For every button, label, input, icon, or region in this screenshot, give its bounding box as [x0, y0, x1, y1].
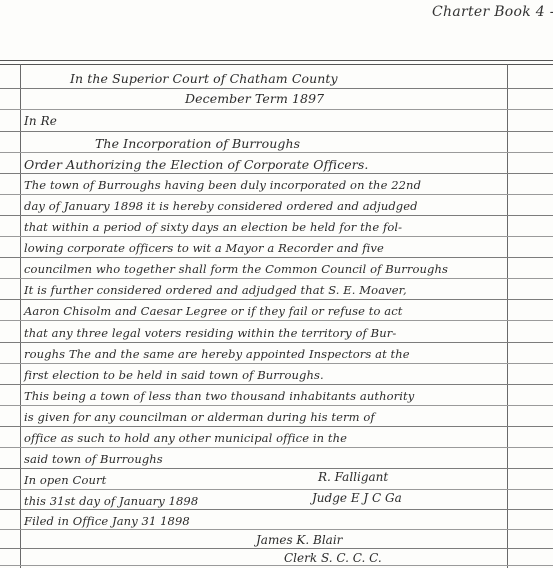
ruled-line	[0, 173, 553, 174]
ruled-line	[0, 384, 553, 385]
judge-signature: R. Falligant	[318, 470, 388, 484]
subject-line: The Incorporation of Burroughs	[95, 136, 300, 151]
charter-book-note: Charter Book 4 -	[432, 4, 553, 20]
clerk-signature: James K. Blair	[256, 533, 342, 547]
ruled-line	[0, 426, 553, 427]
body-line: This being a town of less than two thous…	[24, 389, 414, 403]
ruled-line	[0, 299, 553, 300]
ruled-line	[0, 548, 553, 549]
in-re-label: In Re	[24, 114, 57, 128]
ruled-line	[0, 278, 553, 279]
left-margin-line	[20, 64, 21, 568]
in-open-court: In open Court	[24, 473, 106, 487]
ruled-line	[0, 215, 553, 216]
ruled-line	[0, 529, 553, 530]
ruled-line	[0, 509, 553, 510]
ruled-line	[0, 565, 553, 566]
ruled-line	[0, 342, 553, 343]
top-double-rule	[0, 64, 553, 65]
ruled-line	[0, 468, 553, 469]
body-line: that within a period of sixty days an el…	[24, 220, 402, 234]
ruled-line	[0, 489, 553, 490]
ruled-line	[0, 194, 553, 195]
handwritten-court-order-page: Charter Book 4 - In the Superior Court o…	[0, 0, 553, 568]
body-line: Aaron Chisolm and Caesar Legree or if th…	[24, 304, 403, 318]
ruled-line	[0, 447, 553, 448]
ruled-line	[0, 320, 553, 321]
clerk-title: Clerk S. C. C. C.	[284, 551, 382, 565]
top-double-rule	[0, 60, 553, 61]
ruled-line	[0, 236, 553, 237]
right-margin-line	[507, 64, 508, 568]
filed-line: Filed in Office Jany 31 1898	[24, 514, 190, 528]
order-heading: Order Authorizing the Election of Corpor…	[24, 157, 368, 172]
body-line: day of January 1898 it is hereby conside…	[24, 199, 418, 213]
judge-title: Judge E J C Ga	[312, 491, 402, 505]
ruled-line	[0, 109, 553, 110]
court-title: In the Superior Court of Chatham County	[70, 71, 338, 86]
body-line: roughs The and the same are hereby appoi…	[24, 347, 410, 361]
date-line: this 31st day of January 1898	[24, 494, 198, 508]
ruled-line	[0, 131, 553, 132]
body-line: office as such to hold any other municip…	[24, 431, 347, 445]
body-line: councilmen who together shall form the C…	[24, 262, 448, 276]
ruled-line	[0, 257, 553, 258]
body-line: The town of Burroughs having been duly i…	[24, 178, 421, 192]
body-line: lowing corporate officers to wit a Mayor…	[24, 241, 384, 255]
body-line: It is further considered ordered and adj…	[24, 283, 407, 297]
body-line: is given for any councilman or alderman …	[24, 410, 375, 424]
ruled-line	[0, 405, 553, 406]
body-line: first election to be held in said town o…	[24, 368, 324, 382]
ruled-line	[0, 88, 553, 89]
ruled-line	[0, 152, 553, 153]
ruled-line	[0, 363, 553, 364]
body-line: that any three legal voters residing wit…	[24, 326, 396, 340]
court-term: December Term 1897	[185, 91, 324, 106]
body-line: said town of Burroughs	[24, 452, 163, 466]
